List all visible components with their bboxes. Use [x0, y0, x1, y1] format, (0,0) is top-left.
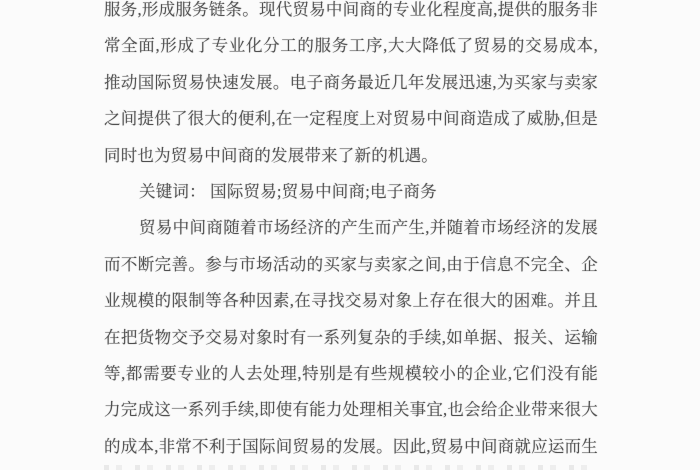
text-line: 服务,形成服务链条。现代贸易中间商的专业化程度高,提供的服务非	[104, 0, 598, 28]
text-line: 之间提供了很大的便利,在一定程度上对贸易中间商造成了威胁,但是	[104, 101, 598, 137]
text-line: 在把货物交予交易对象时有一系列复杂的手续,如单据、报关、运输	[104, 320, 598, 356]
document-page: 服务,形成服务链条。现代贸易中间商的专业化程度高,提供的服务非 常全面,形成了专…	[0, 0, 700, 470]
text-line: 业规模的限制等各种因素,在寻找交易对象上存在很大的困难。并且	[104, 283, 598, 319]
text-line: 常全面,形成了专业化分工的服务工序,大大降低了贸易的交易成本,	[104, 28, 598, 64]
text-line: 同时也为贸易中间商的发展带来了新的机遇。	[104, 138, 598, 174]
text-line: 的成本,非常不利于国际间贸易的发展。因此,贸易中间商就应运而生	[104, 429, 598, 465]
text-line: 力完成这一系列手续,即使有能力处理相关事宜,也会给企业带来很大	[104, 392, 598, 428]
text-line: 推动国际贸易快速发展。电子商务最近几年发展迅速,为买家与卖家	[104, 65, 598, 101]
text-line: 而不断完善。参与市场活动的买家与卖家之间,由于信息不完全、企	[104, 247, 598, 283]
paragraph-first-line: 贸易中间商随着市场经济的产生而产生,并随着市场经济的发展	[104, 210, 598, 246]
text-line: 等,都需要专业的人去处理,特别是有些规模较小的企业,它们没有能	[104, 356, 598, 392]
document-text-block: 服务,形成服务链条。现代贸易中间商的专业化程度高,提供的服务非 常全面,形成了专…	[104, 0, 598, 465]
keywords-line: 关键词： 国际贸易;贸易中间商;电子商务	[104, 174, 598, 210]
clipped-next-line-top	[104, 465, 598, 470]
